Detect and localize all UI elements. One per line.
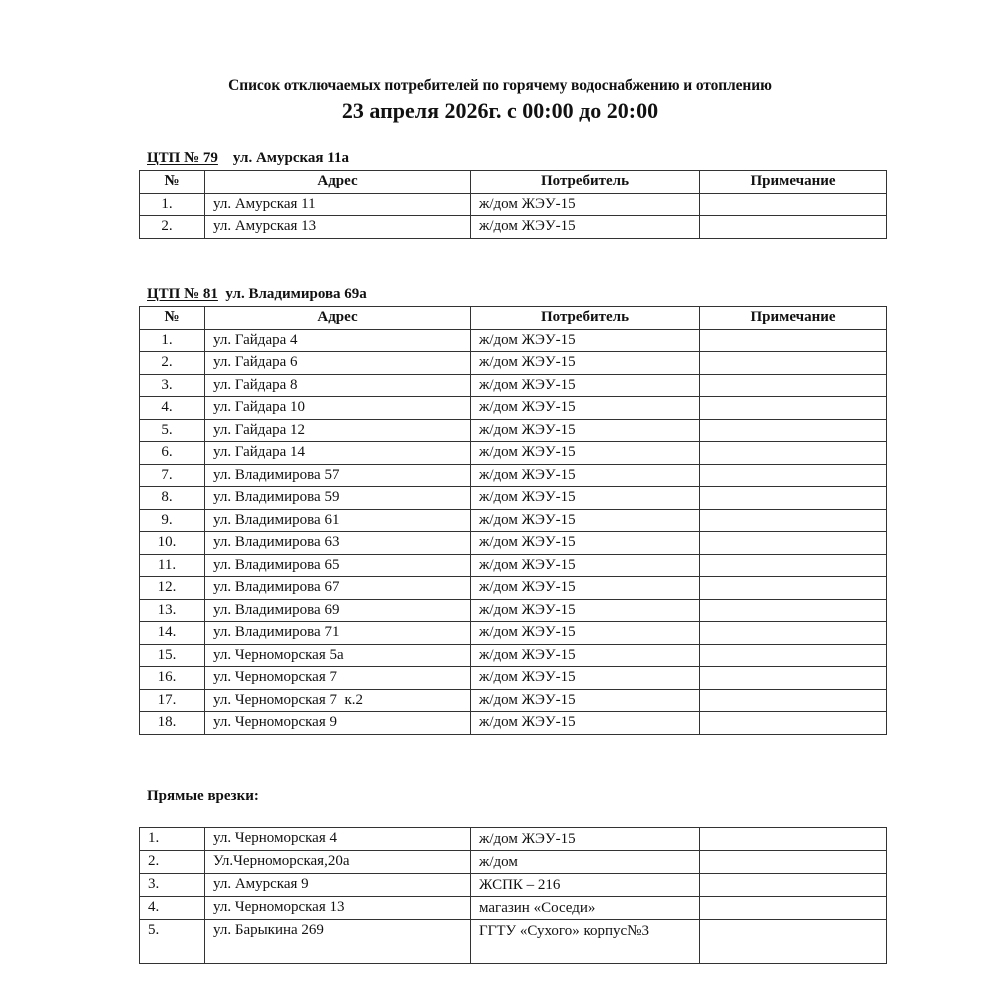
ctp-label: ЦТП № 79 <box>147 150 218 166</box>
row-address: ул. Владимирова 59 <box>205 487 471 510</box>
row-consumer: ж/дом ЖЭУ-15 <box>471 599 700 622</box>
row-address: ул. Черноморская 5а <box>205 644 471 667</box>
table-row: 4.ул. Гайдара 10ж/дом ЖЭУ-15 <box>140 397 887 420</box>
row-number: 5. <box>140 920 205 964</box>
direct-connections-heading: Прямые врезки: <box>147 788 259 805</box>
row-note <box>700 577 887 600</box>
table-header-row: № Адрес Потребитель Примечание <box>140 307 887 330</box>
row-consumer: ж/дом ЖЭУ-15 <box>471 689 700 712</box>
header-consumer: Потребитель <box>471 307 700 330</box>
row-consumer: ж/дом ЖЭУ-15 <box>471 532 700 555</box>
row-number: 13. <box>140 599 205 622</box>
row-address: ул. Амурская 11 <box>205 193 471 216</box>
table-row: 2.Ул.Черноморская,20аж/дом <box>140 851 887 874</box>
row-number: 11. <box>140 554 205 577</box>
row-address: ул. Владимирова 71 <box>205 622 471 645</box>
row-number: 17. <box>140 689 205 712</box>
ctp-address: ул. Амурская 11а <box>233 150 349 166</box>
row-consumer: ж/дом ЖЭУ-15 <box>471 374 700 397</box>
row-note <box>700 329 887 352</box>
row-consumer: ж/дом ЖЭУ-15 <box>471 667 700 690</box>
row-address: ул. Амурская 13 <box>205 216 471 239</box>
row-consumer: ж/дом ЖЭУ-15 <box>471 442 700 465</box>
row-note <box>700 509 887 532</box>
row-note <box>700 712 887 735</box>
row-note <box>700 622 887 645</box>
table-row: 1.ул. Амурская 11ж/дом ЖЭУ-15 <box>140 193 887 216</box>
ctp-81-table: № Адрес Потребитель Примечание 1.ул. Гай… <box>139 306 887 735</box>
ctp-81-heading: ЦТП № 81 ул. Владимирова 69а <box>147 286 367 303</box>
row-note <box>700 216 887 239</box>
table-row: 14.ул. Владимирова 71ж/дом ЖЭУ-15 <box>140 622 887 645</box>
header-note: Примечание <box>700 171 887 194</box>
row-number: 2. <box>140 216 205 239</box>
row-number: 3. <box>140 374 205 397</box>
row-note <box>700 374 887 397</box>
table-row: 5.ул. Гайдара 12ж/дом ЖЭУ-15 <box>140 419 887 442</box>
row-number: 7. <box>140 464 205 487</box>
row-number: 12. <box>140 577 205 600</box>
row-consumer: ж/дом ЖЭУ-15 <box>471 712 700 735</box>
table-row: 17.ул. Черноморская 7 к.2ж/дом ЖЭУ-15 <box>140 689 887 712</box>
table-row: 18.ул. Черноморская 9ж/дом ЖЭУ-15 <box>140 712 887 735</box>
table-row: 1.ул. Гайдара 4ж/дом ЖЭУ-15 <box>140 329 887 352</box>
table-row: 1.ул. Черноморская 4ж/дом ЖЭУ-15 <box>140 828 887 851</box>
row-number: 3. <box>140 874 205 897</box>
row-consumer: ж/дом ЖЭУ-15 <box>471 193 700 216</box>
row-note <box>700 397 887 420</box>
row-address: ул. Гайдара 6 <box>205 352 471 375</box>
row-address: ул. Гайдара 12 <box>205 419 471 442</box>
header-number: № <box>140 307 205 330</box>
row-address: ул. Барыкина 269 <box>205 920 471 964</box>
row-number: 1. <box>140 329 205 352</box>
row-number: 10. <box>140 532 205 555</box>
row-consumer: ж/дом ЖЭУ-15 <box>471 352 700 375</box>
table-header-row: № Адрес Потребитель Примечание <box>140 171 887 194</box>
row-note <box>700 851 887 874</box>
row-note <box>700 532 887 555</box>
row-number: 16. <box>140 667 205 690</box>
row-address: ул. Амурская 9 <box>205 874 471 897</box>
row-note <box>700 644 887 667</box>
row-consumer: магазин «Соседи» <box>471 897 700 920</box>
row-number: 8. <box>140 487 205 510</box>
row-number: 4. <box>140 897 205 920</box>
row-note <box>700 920 887 964</box>
row-consumer: ЖСПК – 216 <box>471 874 700 897</box>
row-note <box>700 442 887 465</box>
row-note <box>700 689 887 712</box>
table-row: 2.ул. Гайдара 6ж/дом ЖЭУ-15 <box>140 352 887 375</box>
row-number: 1. <box>140 193 205 216</box>
row-address: ул. Владимирова 69 <box>205 599 471 622</box>
row-address: ул. Гайдара 10 <box>205 397 471 420</box>
row-address: ул. Черноморская 9 <box>205 712 471 735</box>
table-row: 10.ул. Владимирова 63ж/дом ЖЭУ-15 <box>140 532 887 555</box>
table-row: 13.ул. Владимирова 69ж/дом ЖЭУ-15 <box>140 599 887 622</box>
row-note <box>700 667 887 690</box>
table-row: 12.ул. Владимирова 67ж/дом ЖЭУ-15 <box>140 577 887 600</box>
row-address: ул. Черноморская 7 <box>205 667 471 690</box>
table-row: 6.ул. Гайдара 14ж/дом ЖЭУ-15 <box>140 442 887 465</box>
ctp-label: ЦТП № 81 <box>147 286 218 302</box>
header-address: Адрес <box>205 171 471 194</box>
row-number: 2. <box>140 352 205 375</box>
row-note <box>700 193 887 216</box>
row-address: ул. Владимирова 57 <box>205 464 471 487</box>
table-row: 3.ул. Гайдара 8ж/дом ЖЭУ-15 <box>140 374 887 397</box>
header-number: № <box>140 171 205 194</box>
header-note: Примечание <box>700 307 887 330</box>
row-consumer: ж/дом ЖЭУ-15 <box>471 419 700 442</box>
row-address: Ул.Черноморская,20а <box>205 851 471 874</box>
table-row: 8.ул. Владимирова 59ж/дом ЖЭУ-15 <box>140 487 887 510</box>
table-row: 15.ул. Черноморская 5аж/дом ЖЭУ-15 <box>140 644 887 667</box>
row-number: 18. <box>140 712 205 735</box>
row-address: ул. Гайдара 8 <box>205 374 471 397</box>
row-consumer: ж/дом ЖЭУ-15 <box>471 464 700 487</box>
row-number: 6. <box>140 442 205 465</box>
row-note <box>700 419 887 442</box>
row-consumer: ж/дом ЖЭУ-15 <box>471 554 700 577</box>
row-note <box>700 828 887 851</box>
document-date-range: 23 апреля 2026г. с 00:00 до 20:00 <box>0 98 1000 124</box>
row-address: ул. Владимирова 67 <box>205 577 471 600</box>
row-consumer: ж/дом ЖЭУ-15 <box>471 622 700 645</box>
header-address: Адрес <box>205 307 471 330</box>
ctp-address: ул. Владимирова 69а <box>225 286 366 302</box>
row-number: 1. <box>140 828 205 851</box>
row-address: ул. Черноморская 7 к.2 <box>205 689 471 712</box>
table-row: 4.ул. Черноморская 13магазин «Соседи» <box>140 897 887 920</box>
row-consumer: ж/дом ЖЭУ-15 <box>471 397 700 420</box>
row-consumer: ж/дом ЖЭУ-15 <box>471 828 700 851</box>
row-note <box>700 487 887 510</box>
row-number: 5. <box>140 419 205 442</box>
row-address: ул. Владимирова 61 <box>205 509 471 532</box>
row-note <box>700 554 887 577</box>
ctp-79-heading: ЦТП № 79 ул. Амурская 11а <box>147 150 349 167</box>
table-row: 2.ул. Амурская 13ж/дом ЖЭУ-15 <box>140 216 887 239</box>
row-consumer: ж/дом ЖЭУ-15 <box>471 487 700 510</box>
row-note <box>700 464 887 487</box>
table-row: 9.ул. Владимирова 61ж/дом ЖЭУ-15 <box>140 509 887 532</box>
row-number: 15. <box>140 644 205 667</box>
row-consumer: ж/дом ЖЭУ-15 <box>471 644 700 667</box>
row-consumer: ж/дом <box>471 851 700 874</box>
row-consumer: ж/дом ЖЭУ-15 <box>471 216 700 239</box>
row-address: ул. Черноморская 13 <box>205 897 471 920</box>
row-address: ул. Гайдара 14 <box>205 442 471 465</box>
row-note <box>700 352 887 375</box>
document-title: Список отключаемых потребителей по горяч… <box>0 77 1000 95</box>
table-row: 11.ул. Владимирова 65ж/дом ЖЭУ-15 <box>140 554 887 577</box>
row-number: 2. <box>140 851 205 874</box>
header-consumer: Потребитель <box>471 171 700 194</box>
table-row: 5.ул. Барыкина 269ГГТУ «Сухого» корпус№3 <box>140 920 887 964</box>
row-number: 14. <box>140 622 205 645</box>
row-consumer: ж/дом ЖЭУ-15 <box>471 509 700 532</box>
row-number: 9. <box>140 509 205 532</box>
table-row: 3.ул. Амурская 9ЖСПК – 216 <box>140 874 887 897</box>
ctp-79-table: № Адрес Потребитель Примечание 1.ул. Аму… <box>139 170 887 239</box>
direct-connections-table: 1.ул. Черноморская 4ж/дом ЖЭУ-152.Ул.Чер… <box>139 827 887 964</box>
row-number: 4. <box>140 397 205 420</box>
row-address: ул. Владимирова 63 <box>205 532 471 555</box>
row-note <box>700 897 887 920</box>
row-address: ул. Гайдара 4 <box>205 329 471 352</box>
table-row: 7.ул. Владимирова 57ж/дом ЖЭУ-15 <box>140 464 887 487</box>
row-consumer: ГГТУ «Сухого» корпус№3 <box>471 920 700 964</box>
row-address: ул. Черноморская 4 <box>205 828 471 851</box>
row-consumer: ж/дом ЖЭУ-15 <box>471 329 700 352</box>
table-row: 16.ул. Черноморская 7ж/дом ЖЭУ-15 <box>140 667 887 690</box>
row-note <box>700 874 887 897</box>
row-note <box>700 599 887 622</box>
row-consumer: ж/дом ЖЭУ-15 <box>471 577 700 600</box>
row-address: ул. Владимирова 65 <box>205 554 471 577</box>
